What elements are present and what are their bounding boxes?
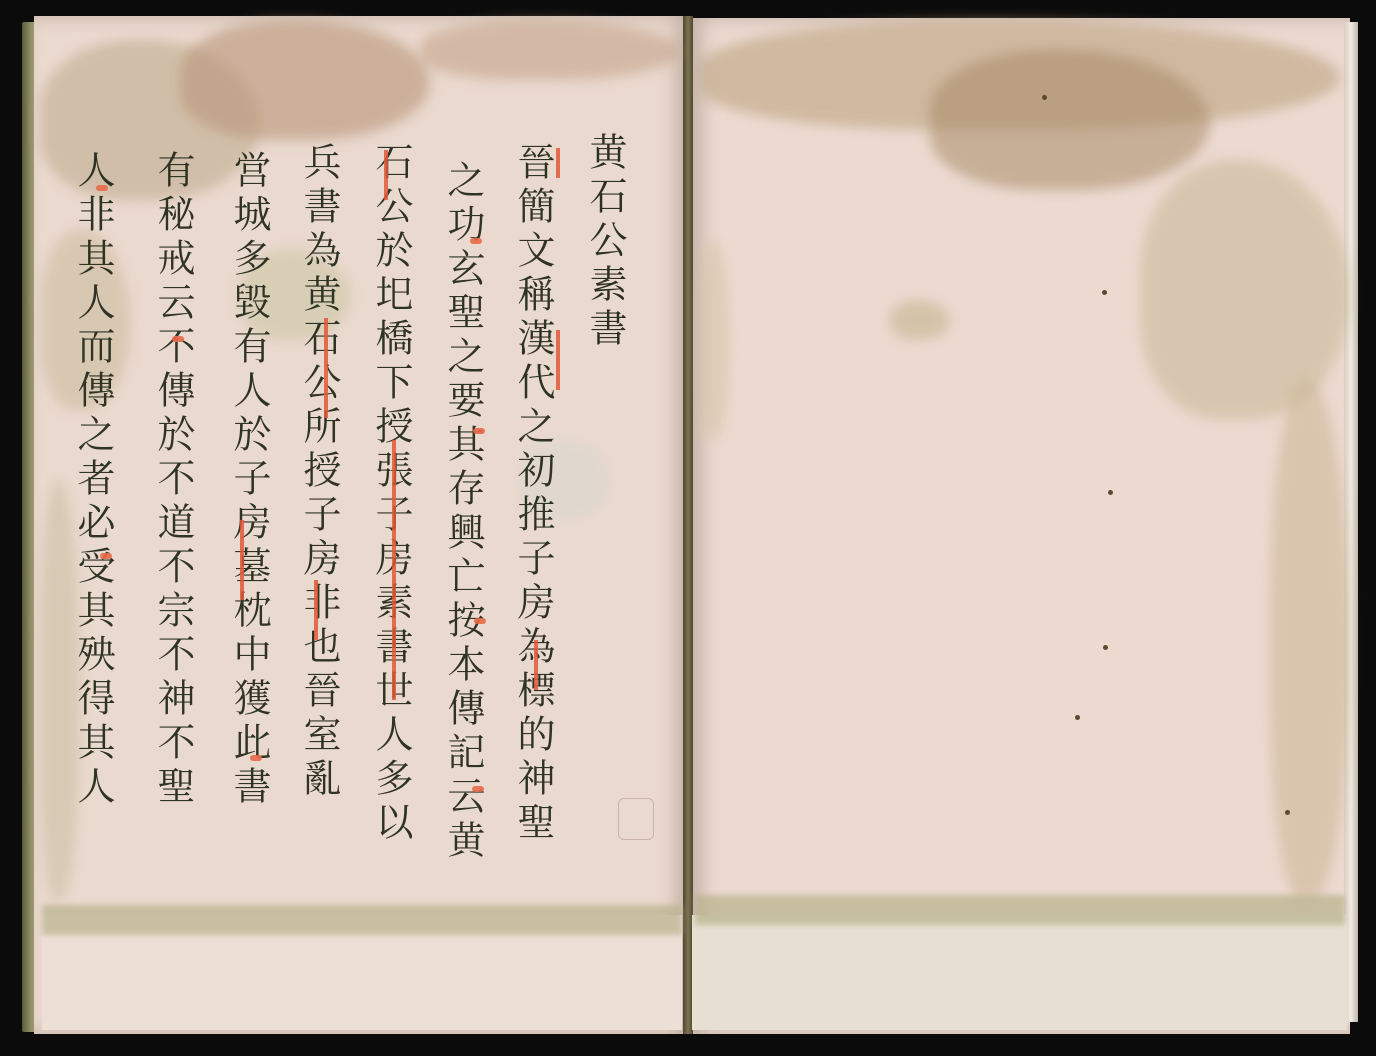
speck	[1285, 810, 1290, 815]
vermilion-name-line	[314, 580, 318, 640]
seal-stamp	[618, 798, 654, 840]
text-column-6: 有秘戒云不傳於不道不宗不神不聖	[150, 150, 196, 810]
text-column-5: 営城多毀有人於子房墓枕中獲此書	[226, 150, 272, 810]
vermilion-name-line	[324, 318, 328, 418]
water-stain	[890, 300, 950, 340]
vermilion-name-line	[240, 520, 244, 600]
speck	[1042, 95, 1047, 100]
text-column-4: 兵書為黄石公所授子房非也晉室亂	[296, 142, 342, 802]
title-column: 黄石公素書	[582, 132, 628, 352]
vermilion-dot	[172, 336, 184, 342]
torn-edge	[695, 895, 1345, 925]
book-gutter	[683, 16, 693, 1034]
text-column-3: 石公於圯橋下授張子房素書世人多以	[368, 142, 414, 846]
vermilion-dot	[96, 185, 108, 191]
torn-edge	[42, 905, 682, 935]
vermilion-dot	[473, 428, 485, 434]
speck	[1102, 290, 1107, 295]
speck	[1108, 490, 1113, 495]
vermilion-dot	[472, 786, 484, 792]
water-stain	[180, 20, 430, 140]
vermilion-dot	[474, 618, 486, 624]
vermilion-name-line	[556, 330, 560, 390]
book-spread: 黄石公素書 晉簡文稱漢代之初推子房為標的神聖 之功玄聖之要其存興亡按本傳記云黄 …	[0, 0, 1376, 1056]
water-stain	[930, 50, 1210, 190]
vermilion-name-line	[392, 440, 396, 700]
right-page-edge	[1344, 22, 1358, 1022]
text-column-2: 之功玄聖之要其存興亡按本傳記云黄	[440, 160, 486, 864]
vermilion-dot	[250, 755, 262, 761]
text-column-7: 人非其人而傳之者必受其殃得其人	[70, 150, 116, 810]
vermilion-name-line	[534, 640, 538, 690]
vermilion-dot	[100, 553, 112, 559]
vermilion-name-line	[384, 150, 388, 200]
speck	[1075, 715, 1080, 720]
vermilion-name-line	[556, 148, 560, 178]
mended-paper-right	[692, 915, 1347, 1030]
text-column-1: 晉簡文稱漢代之初推子房為標的神聖	[510, 142, 556, 846]
vermilion-dot	[470, 238, 482, 244]
speck	[1103, 645, 1108, 650]
water-stain	[420, 20, 680, 80]
